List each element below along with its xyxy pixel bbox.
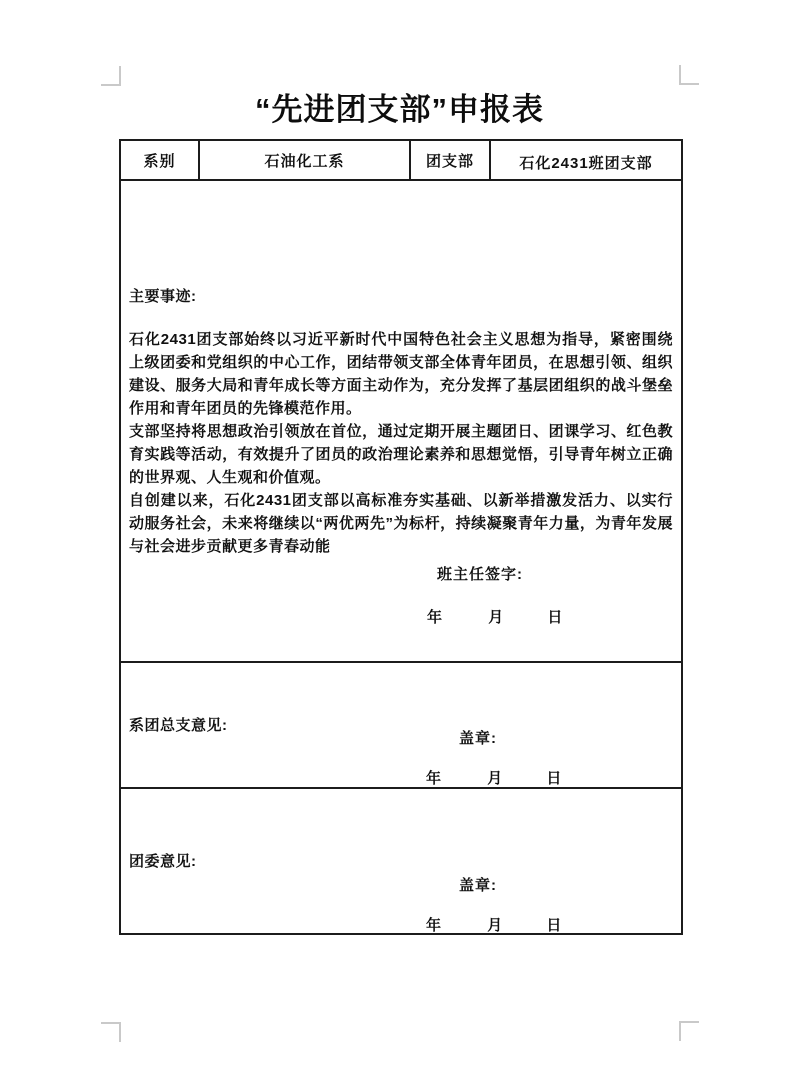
committee-opinion-row: 团委意见: 盖章: 年 月 日 [120, 788, 682, 934]
dept-seal-label: 盖章: [459, 727, 497, 748]
month-label: 月 [488, 606, 504, 627]
department-label-cell: 系别 [120, 140, 199, 180]
main-deeds-row: 主要事迹: 石化2431团支部始终以习近平新时代中国特色社会主义思想为指导，紧密… [120, 180, 682, 662]
crop-mark-top-left-icon [101, 66, 121, 86]
branch-value-cell: 石化2431班团支部 [490, 140, 682, 180]
main-deeds-paragraph-1: 石化2431团支部始终以习近平新时代中国特色社会主义思想为指导，紧密围绕上级团委… [129, 328, 673, 420]
committee-opinion-label: 团委意见: [129, 850, 673, 873]
committee-seal-label: 盖章: [459, 874, 497, 895]
crop-mark-bottom-right-icon [679, 1021, 699, 1041]
main-date-line: 年 月 日 [427, 606, 563, 627]
main-deeds-cell: 主要事迹: 石化2431团支部始终以习近平新时代中国特色社会主义思想为指导，紧密… [120, 180, 682, 662]
main-deeds-paragraph-3: 自创建以来，石化2431团支部以高标准夯实基础、以新举措激发活力、以实行动服务社… [129, 489, 673, 558]
year-label: 年 [426, 914, 442, 935]
teacher-signature-label: 班主任签字: [437, 563, 523, 584]
year-label: 年 [427, 606, 443, 627]
main-deeds-label: 主要事迹: [129, 285, 673, 308]
application-form-page: “先进团支部”申报表 系别 石油化工系 团支部 石化2431班团支部 主要事迹:… [0, 0, 799, 1076]
committee-date-line: 年 月 日 [426, 914, 562, 935]
crop-mark-top-right-icon [679, 65, 699, 85]
department-value-cell: 石油化工系 [199, 140, 410, 180]
main-deeds-paragraph-2: 支部坚持将思想政治引领放在首位，通过定期开展主题团日、团课学习、红色教育实践等活… [129, 420, 673, 489]
dept-date-line: 年 月 日 [426, 767, 562, 788]
month-label: 月 [487, 767, 503, 788]
day-label: 日 [547, 606, 563, 627]
dept-opinion-label: 系团总支意见: [129, 714, 673, 737]
table-header-row: 系别 石油化工系 团支部 石化2431班团支部 [120, 140, 682, 180]
application-form-table: 系别 石油化工系 团支部 石化2431班团支部 主要事迹: 石化2431团支部始… [119, 139, 683, 935]
branch-label-cell: 团支部 [410, 140, 490, 180]
dept-opinion-row: 系团总支意见: 盖章: 年 月 日 [120, 662, 682, 788]
committee-opinion-cell: 团委意见: 盖章: 年 月 日 [120, 788, 682, 934]
crop-mark-bottom-left-icon [101, 1022, 121, 1042]
dept-opinion-cell: 系团总支意见: 盖章: 年 月 日 [120, 662, 682, 788]
page-title: “先进团支部”申报表 [0, 84, 799, 129]
day-label: 日 [546, 767, 562, 788]
day-label: 日 [546, 914, 562, 935]
month-label: 月 [487, 914, 503, 935]
year-label: 年 [426, 767, 442, 788]
